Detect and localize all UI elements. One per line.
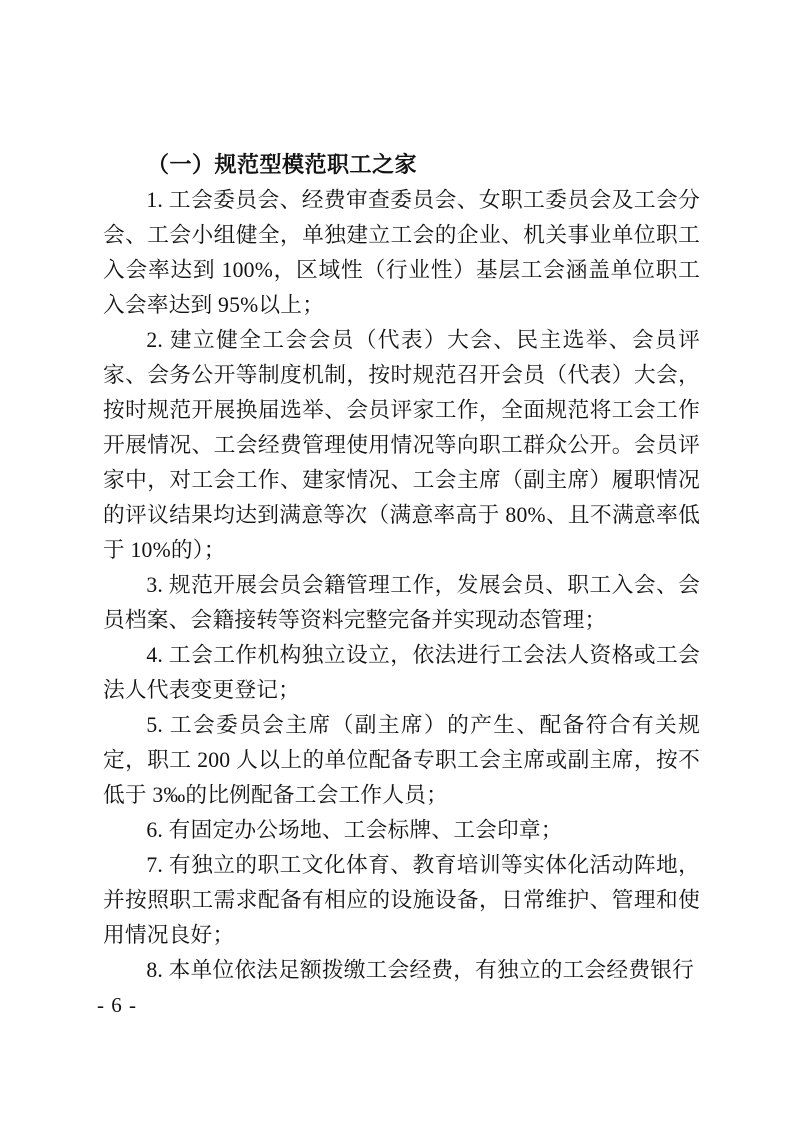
paragraph-8: 8. 本单位依法足额拨缴工会经费，有独立的工会经费银行	[103, 953, 700, 988]
paragraph-2: 2. 建立健全工会会员（代表）大会、民主选举、会员评家、会务公开等制度机制，按时…	[103, 323, 700, 568]
page-body-text: （一）规范型模范职工之家 1. 工会委员会、经费审查委员会、女职工委员会及工会分…	[103, 146, 700, 988]
paragraph-6: 6. 有固定办公场地、工会标牌、工会印章；	[103, 813, 700, 848]
paragraph-3: 3. 规范开展会员会籍管理工作，发展会员、职工入会、会员档案、会籍接转等资料完整…	[103, 568, 700, 638]
paragraph-4: 4. 工会工作机构独立设立，依法进行工会法人资格或工会法人代表变更登记；	[103, 638, 700, 708]
section-heading: （一）规范型模范职工之家	[103, 146, 700, 183]
document-page: （一）规范型模范职工之家 1. 工会委员会、经费审查委员会、女职工委员会及工会分…	[0, 0, 793, 1122]
paragraph-1: 1. 工会委员会、经费审查委员会、女职工委员会及工会分会、工会小组健全，单独建立…	[103, 183, 700, 323]
paragraph-5: 5. 工会委员会主席（副主席）的产生、配备符合有关规定，职工 200 人以上的单…	[103, 708, 700, 813]
paragraph-7: 7. 有独立的职工文化体育、教育培训等实体化活动阵地，并按照职工需求配备有相应的…	[103, 848, 700, 953]
page-number: - 6 -	[97, 994, 137, 1016]
